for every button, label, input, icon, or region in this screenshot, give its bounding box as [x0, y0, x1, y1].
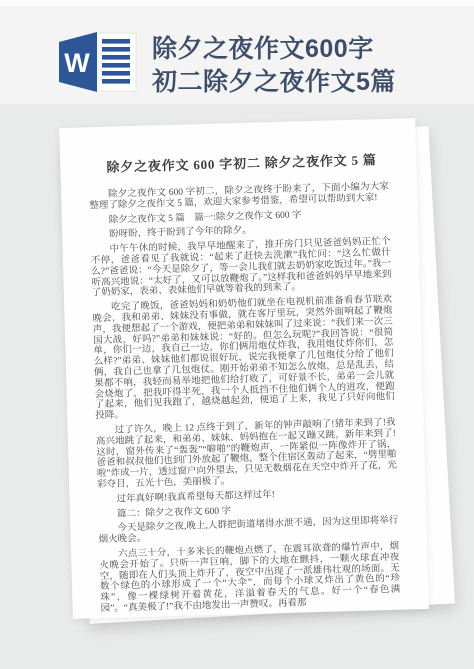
doc-paragraph: 中午午休的时候，我早早地醒来了，推开房门只见爸爸妈妈正忙个不停，爸爸看见了我就说…: [91, 237, 392, 299]
word-letter: W: [64, 48, 90, 78]
header-title-line1: 除夕之夜作文600字: [152, 33, 452, 66]
doc-paragraph: 今天是除夕之夜,晚上,人群把街道堵得水泄不通，因为这里即将举行烟火晚会。: [98, 516, 398, 546]
header: W 除夕之夜作文600字 初二除夕之夜作文5篇: [0, 0, 474, 104]
word-logo-icon: W: [56, 30, 146, 94]
doc-paragraph: 六点三十分，十多米长的鞭炮点燃了，在震耳欲聋的爆竹声中，烟火晚会开始了。只听一声…: [99, 542, 401, 615]
doc-paragraph: 吃完了晚饭，爸爸妈妈和奶奶他们就坐在电视机前准备看春节联欢晚会，我和弟弟、妹妹没…: [92, 295, 395, 422]
header-title-line2: 初二除夕之夜作文5篇: [152, 66, 452, 99]
doc-paragraph: 过了许久，晚上 12 点终于到了，新年的钟声敲响了!猪年来到了!我高兴地跳了起来…: [96, 418, 398, 491]
doc-title: 除夕之夜作文 600 字初二 除夕之夜作文 5 篇: [88, 149, 388, 176]
header-title: 除夕之夜作文600字 初二除夕之夜作文5篇: [152, 33, 452, 99]
page-stage: W 除夕之夜作文600字 初二除夕之夜作文5篇 除夕之夜作文 600 字初二 除…: [0, 0, 474, 669]
doc-paragraph: 除夕之夜作文 600 字初二，除夕之夜终于盼来了，下面小编为大家整理了除夕之夜作…: [89, 182, 389, 212]
page-front-sheet: 除夕之夜作文 600 字初二 除夕之夜作文 5 篇 除夕之夜作文 600 字初二…: [59, 118, 429, 619]
word-page-icon: [96, 33, 136, 91]
doc-body: 除夕之夜作文 600 字初二，除夕之夜终于盼来了，下面小编为大家整理了除夕之夜作…: [89, 182, 401, 615]
top-strip: [0, 0, 474, 6]
word-cover-icon: W: [59, 32, 97, 92]
